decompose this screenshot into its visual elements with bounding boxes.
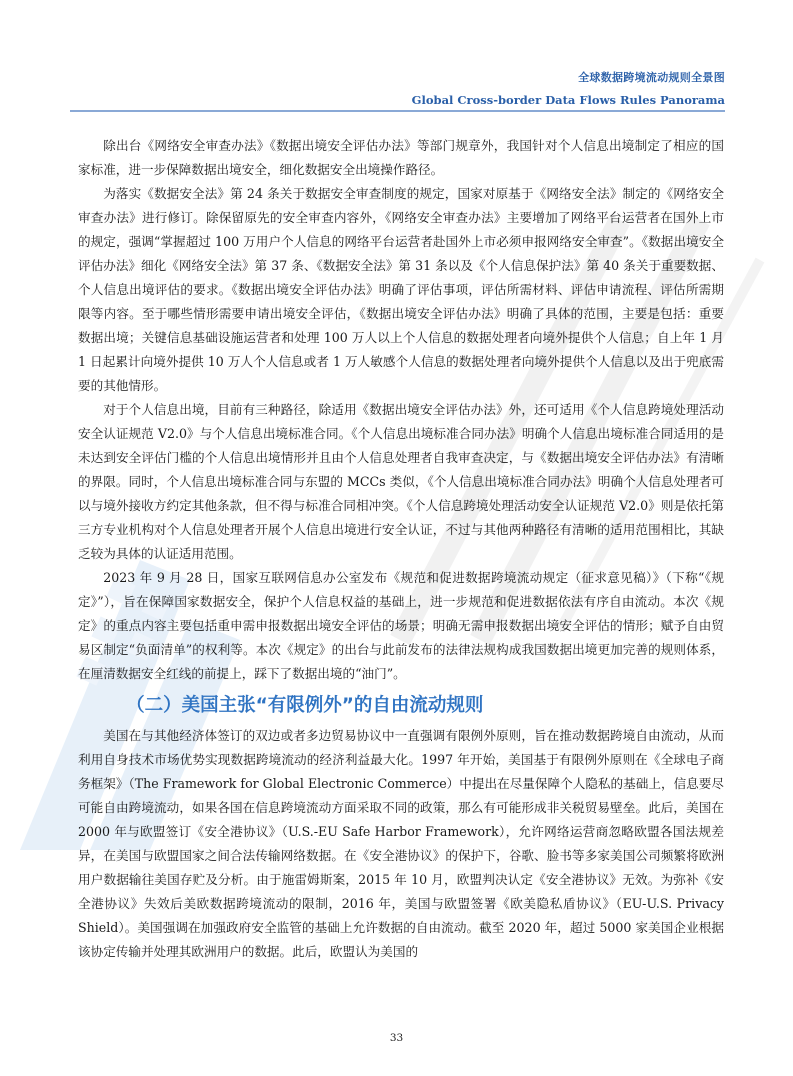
header-divider <box>70 110 725 112</box>
body-paragraph: 对于个人信息出境，目前有三种路径，除适用《数据出境安全评估办法》外，还可适用《个… <box>78 398 724 566</box>
page-body: 除出台《网络安全审查办法》《数据出境安全评估办法》等部门规章外，我国针对个人信息… <box>78 134 724 964</box>
body-paragraph: 2023 年 9 月 28 日，国家互联网信息办公室发布《规范和促进数据跨境流动… <box>78 566 724 686</box>
header-title-cn: 全球数据跨境流动规则全景图 <box>412 70 725 86</box>
section-heading: （二）美国主张“有限例外”的自由流动规则 <box>78 692 724 720</box>
body-paragraph: 美国在与其他经济体签订的双边或者多边贸易协议中一直强调有限例外原则，旨在推动数据… <box>78 724 724 964</box>
page-number: 33 <box>0 1032 793 1044</box>
body-paragraph: 为落实《数据安全法》第 24 条关于数据安全审查制度的规定，国家对原基于《网络安… <box>78 182 724 398</box>
body-paragraph: 除出台《网络安全审查办法》《数据出境安全评估办法》等部门规章外，我国针对个人信息… <box>78 134 724 182</box>
header-title-en: Global Cross-border Data Flows Rules Pan… <box>412 93 725 107</box>
running-header: 全球数据跨境流动规则全景图 Global Cross-border Data F… <box>412 70 725 107</box>
